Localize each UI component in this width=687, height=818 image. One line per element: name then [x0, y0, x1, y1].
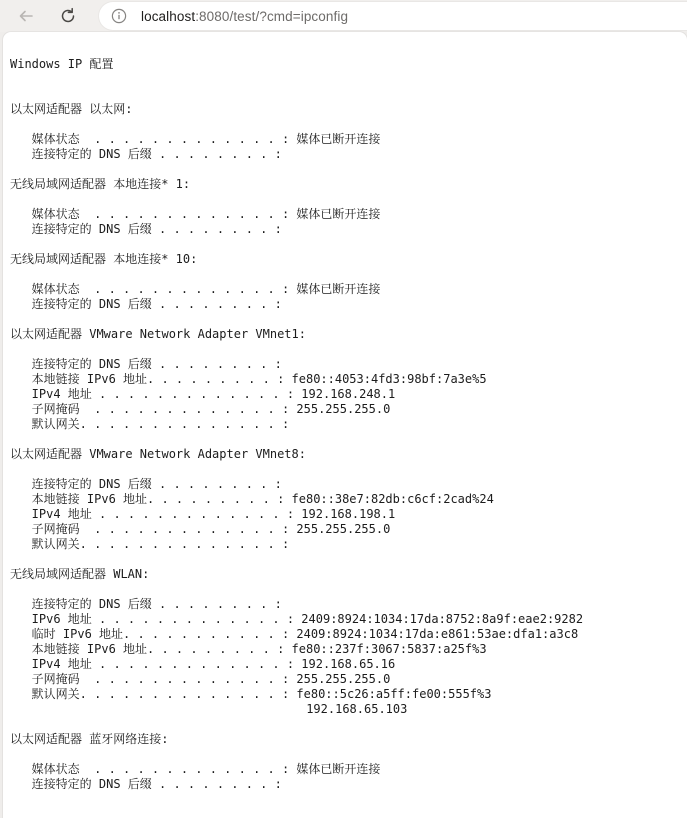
- back-button[interactable]: [12, 2, 40, 30]
- url-path-query: :8080/test/?cmd=ipconfig: [195, 9, 348, 24]
- web-page-content: Windows IP 配置 以太网适配器 以太网: 媒体状态 . . . . .…: [3, 32, 687, 818]
- browser-toolbar: localhost:8080/test/?cmd=ipconfig: [0, 0, 687, 32]
- url-text: localhost:8080/test/?cmd=ipconfig: [141, 9, 348, 24]
- refresh-icon: [59, 7, 77, 25]
- address-bar[interactable]: localhost:8080/test/?cmd=ipconfig: [99, 2, 687, 30]
- back-arrow-icon: [17, 7, 35, 25]
- refresh-button[interactable]: [54, 2, 82, 30]
- url-host: localhost: [141, 9, 195, 24]
- ipconfig-output: Windows IP 配置 以太网适配器 以太网: 媒体状态 . . . . .…: [10, 57, 583, 792]
- page-info-icon[interactable]: [111, 8, 127, 24]
